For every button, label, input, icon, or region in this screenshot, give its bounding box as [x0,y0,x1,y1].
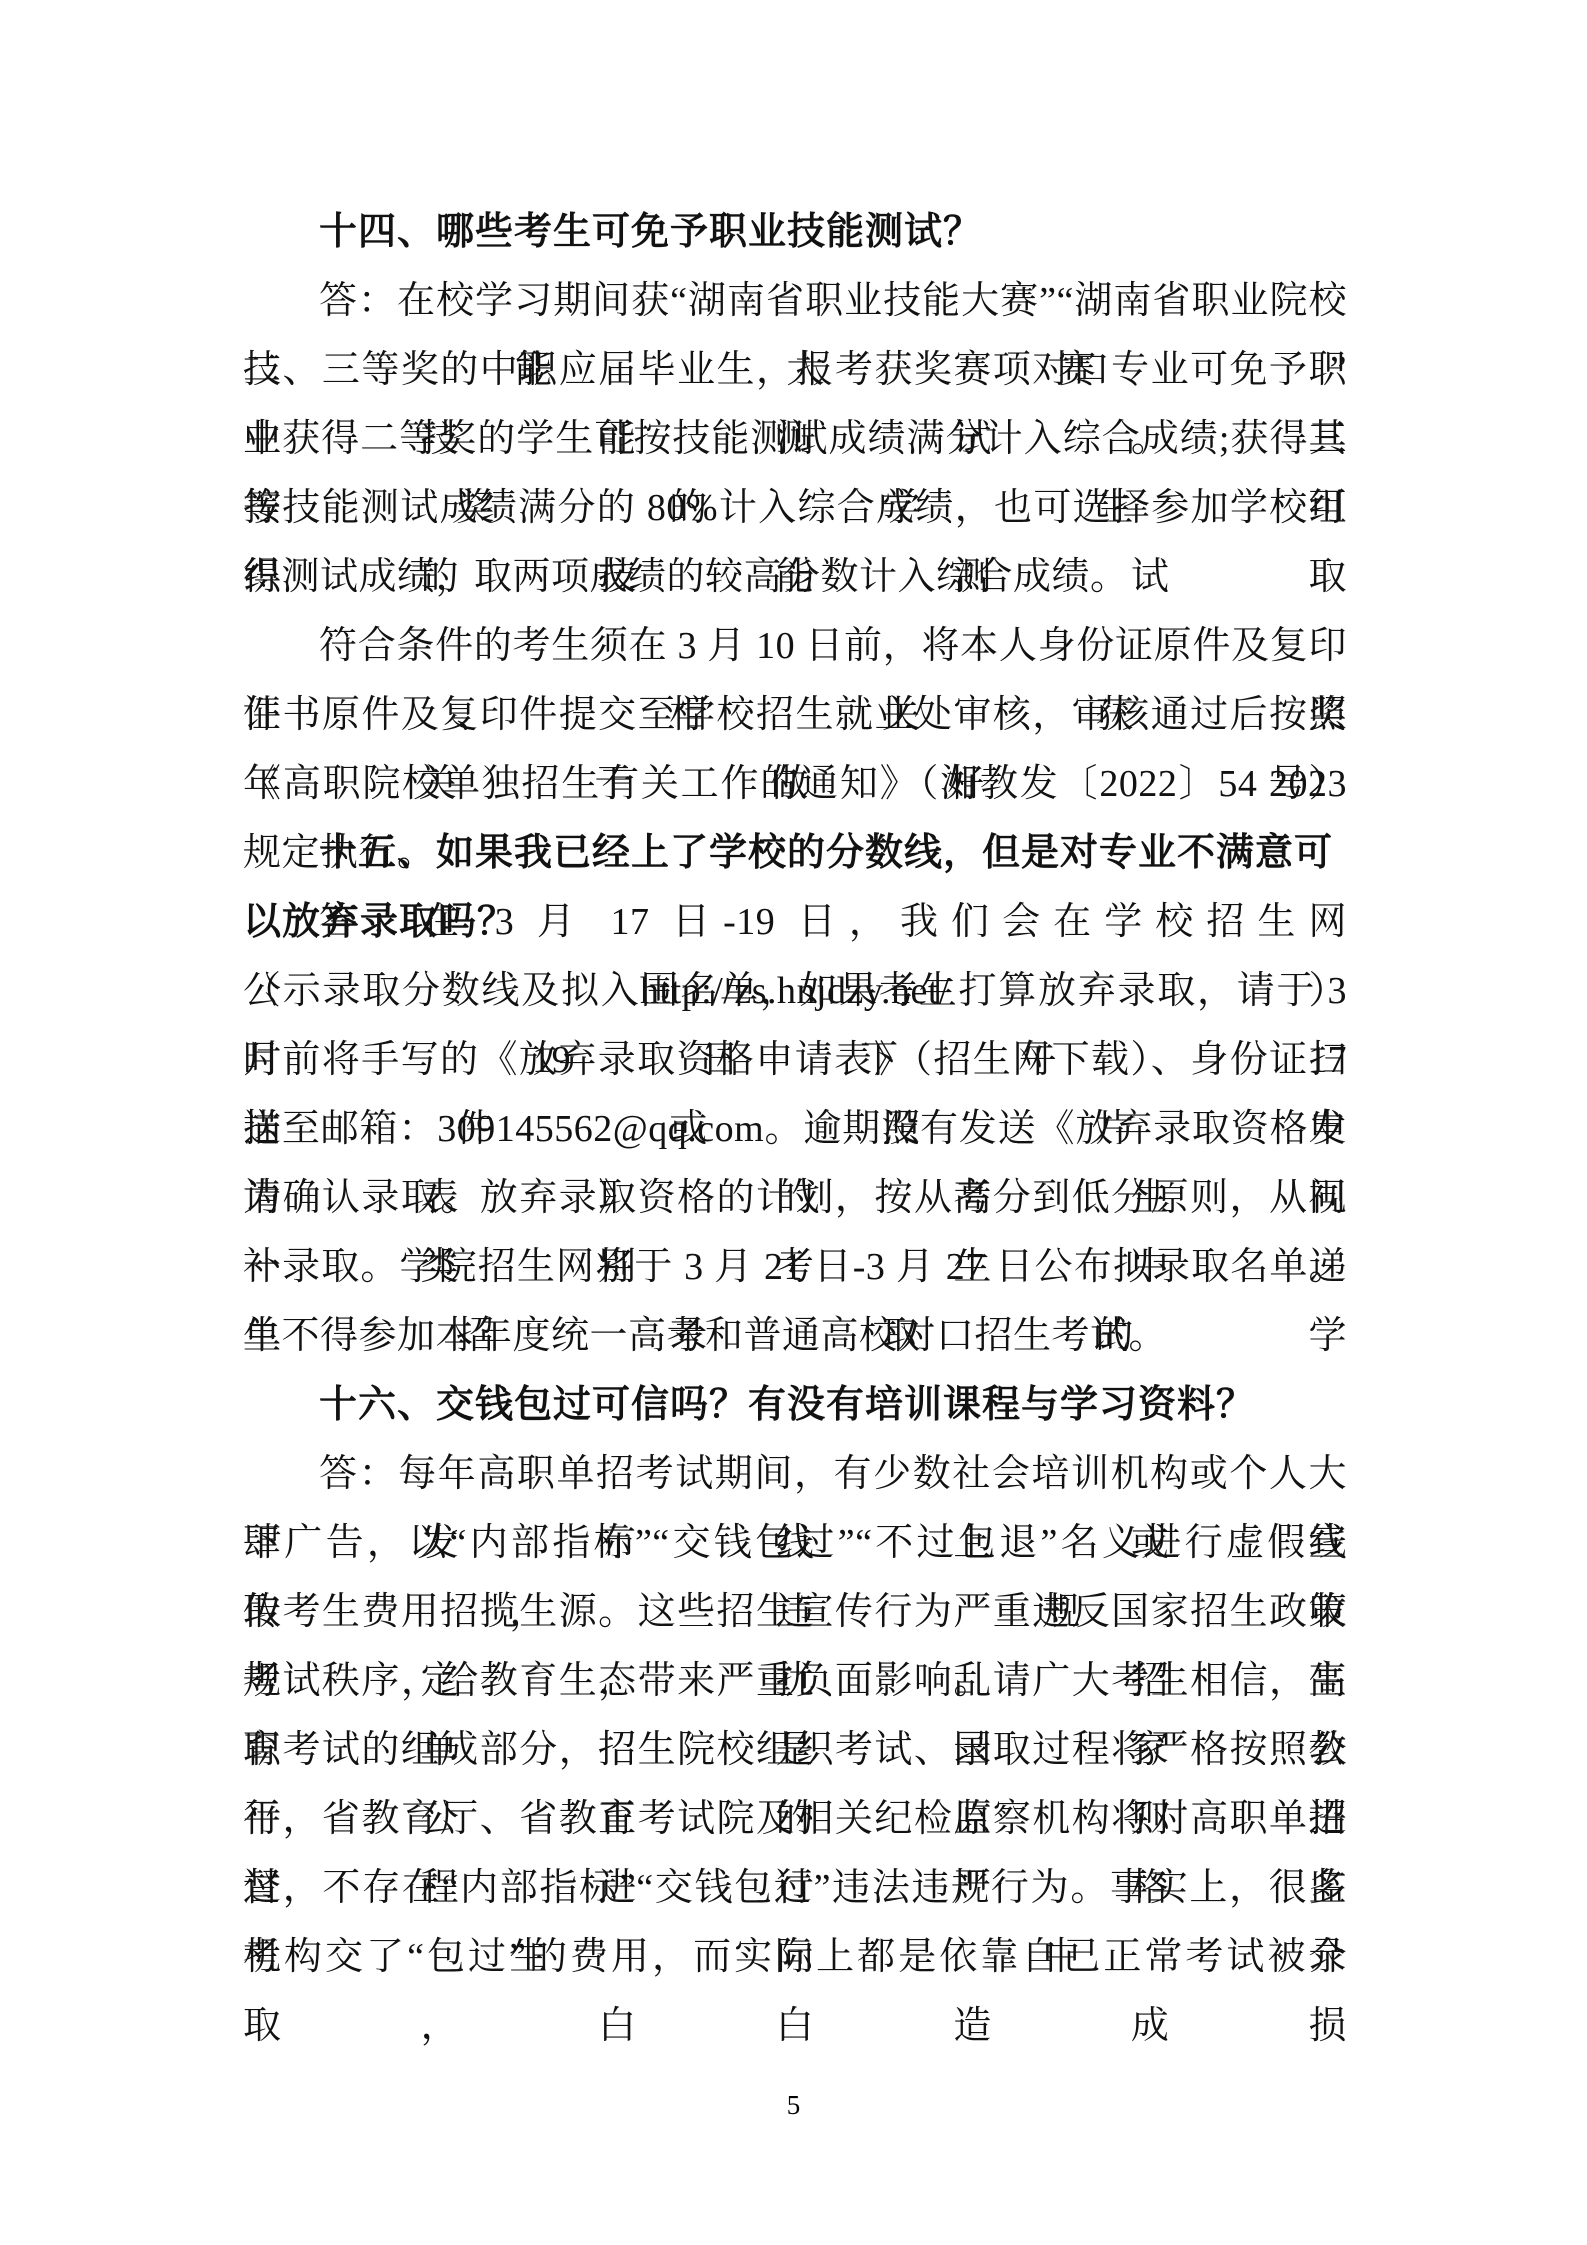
paragraph-line: 补录取。学院招生网将于 3 月 21 日-3 月 27 日公布拟录取名单。单招录… [243,1233,1347,1302]
paragraph-line: 送至邮箱：309145562@qq.com。逾期没有发送《放弃录取资格申请表》的… [243,1095,1347,1164]
paragraph-line: 二、三等奖的中职应届毕业生，报考获奖赛项对口专业可免予职业技能测试。其 [243,336,1347,405]
paragraph-line: 答：每年高职单招考试期间，有少数社会培训机构或个人大肆发布线上或线 [243,1440,1347,1509]
paragraph-line: 行，省教育厅、省教育考试院及相关纪检监察机构将对高职单招过程进行严格监 [243,1785,1347,1854]
page-number: 5 [0,2085,1587,2125]
paragraph-line: 下广告，以“内部指标”“交钱包过”“不过包退”名义进行虚假宣传，违规收 [243,1509,1347,1578]
paragraph-line: 答：在 3 月 17 日-19 日，我们会在学校招生网（http://zs.hn… [243,888,1347,957]
section-heading: 十五、如果我已经上了学校的分数线，但是对专业不满意可以放弃录取吗？ [243,819,1347,888]
paragraph-line: 机构交了“包过”的费用，而实际上都是依靠自己正常考试被录取，白白造成损 [243,1923,1347,1992]
paragraph-line: 时前将手写的《放弃录取资格申请表》（招生网下载）、身份证扫描件或照片发 [243,1026,1347,1095]
document-content: 十四、哪些考生可免予职业技能测试？答：在校学习期间获“湖南省职业技能大赛”“湖南… [243,198,1347,1992]
paragraph-line: 督，不存在“内部指标”“交钱包过”违法违规行为。事实上，很多考生向中介 [243,1854,1347,1923]
paragraph-line: 证书原件及复印件提交至学校招生就业处审核，审核通过后按照《关于做好 2023 [243,681,1347,750]
paragraph-line: 答：在校学习期间获“湖南省职业技能大赛”“湖南省职业院校技能大赛” [243,267,1347,336]
paragraph-line: 中获得二等奖的学生可按技能测试成绩满分计入综合成绩;获得三等奖的学生可 [243,405,1347,474]
section-heading: 十六、交钱包过可信吗？有没有培训课程与学习资料？ [243,1371,1347,1440]
paragraph-line: 为确认录取。放弃录取资格的计划，按从高分到低分原则，从同一类别考生中递 [243,1164,1347,1233]
paragraph-line: 年高职院校单独招生有关工作的通知》（湘教发〔2022〕54 号）规定执行。 [243,750,1347,819]
section-heading: 十四、哪些考生可免予职业技能测试？ [243,198,1347,267]
paragraph-line: 公示录取分数线及拟入围名单，如果考生打算放弃录取，请于 3 月 19 日下午 1… [243,957,1347,1026]
paragraph-line: 育考试的组成部分，招生院校组织考试、录取过程将严格按照公平公正的原则进 [243,1716,1347,1785]
paragraph-line: 考试秩序，给教育生态带来严重负面影响。请广大考生相信，高职单招是国家教 [243,1647,1347,1716]
paragraph-line: 取考生费用招揽生源。这些招生宣传行为严重违反国家招生政策规定，扰乱招生 [243,1578,1347,1647]
document-page: 十四、哪些考生可免予职业技能测试？答：在校学习期间获“湖南省职业技能大赛”“湖南… [0,0,1587,2245]
paragraph-line: 按技能测试成绩满分的 80%计入综合成绩，也可选择参加学校组织的技能测试取 [243,474,1347,543]
paragraph-line: 符合条件的考生须在 3 月 10 日前，将本人身份证原件及复印件、相关获奖 [243,612,1347,681]
